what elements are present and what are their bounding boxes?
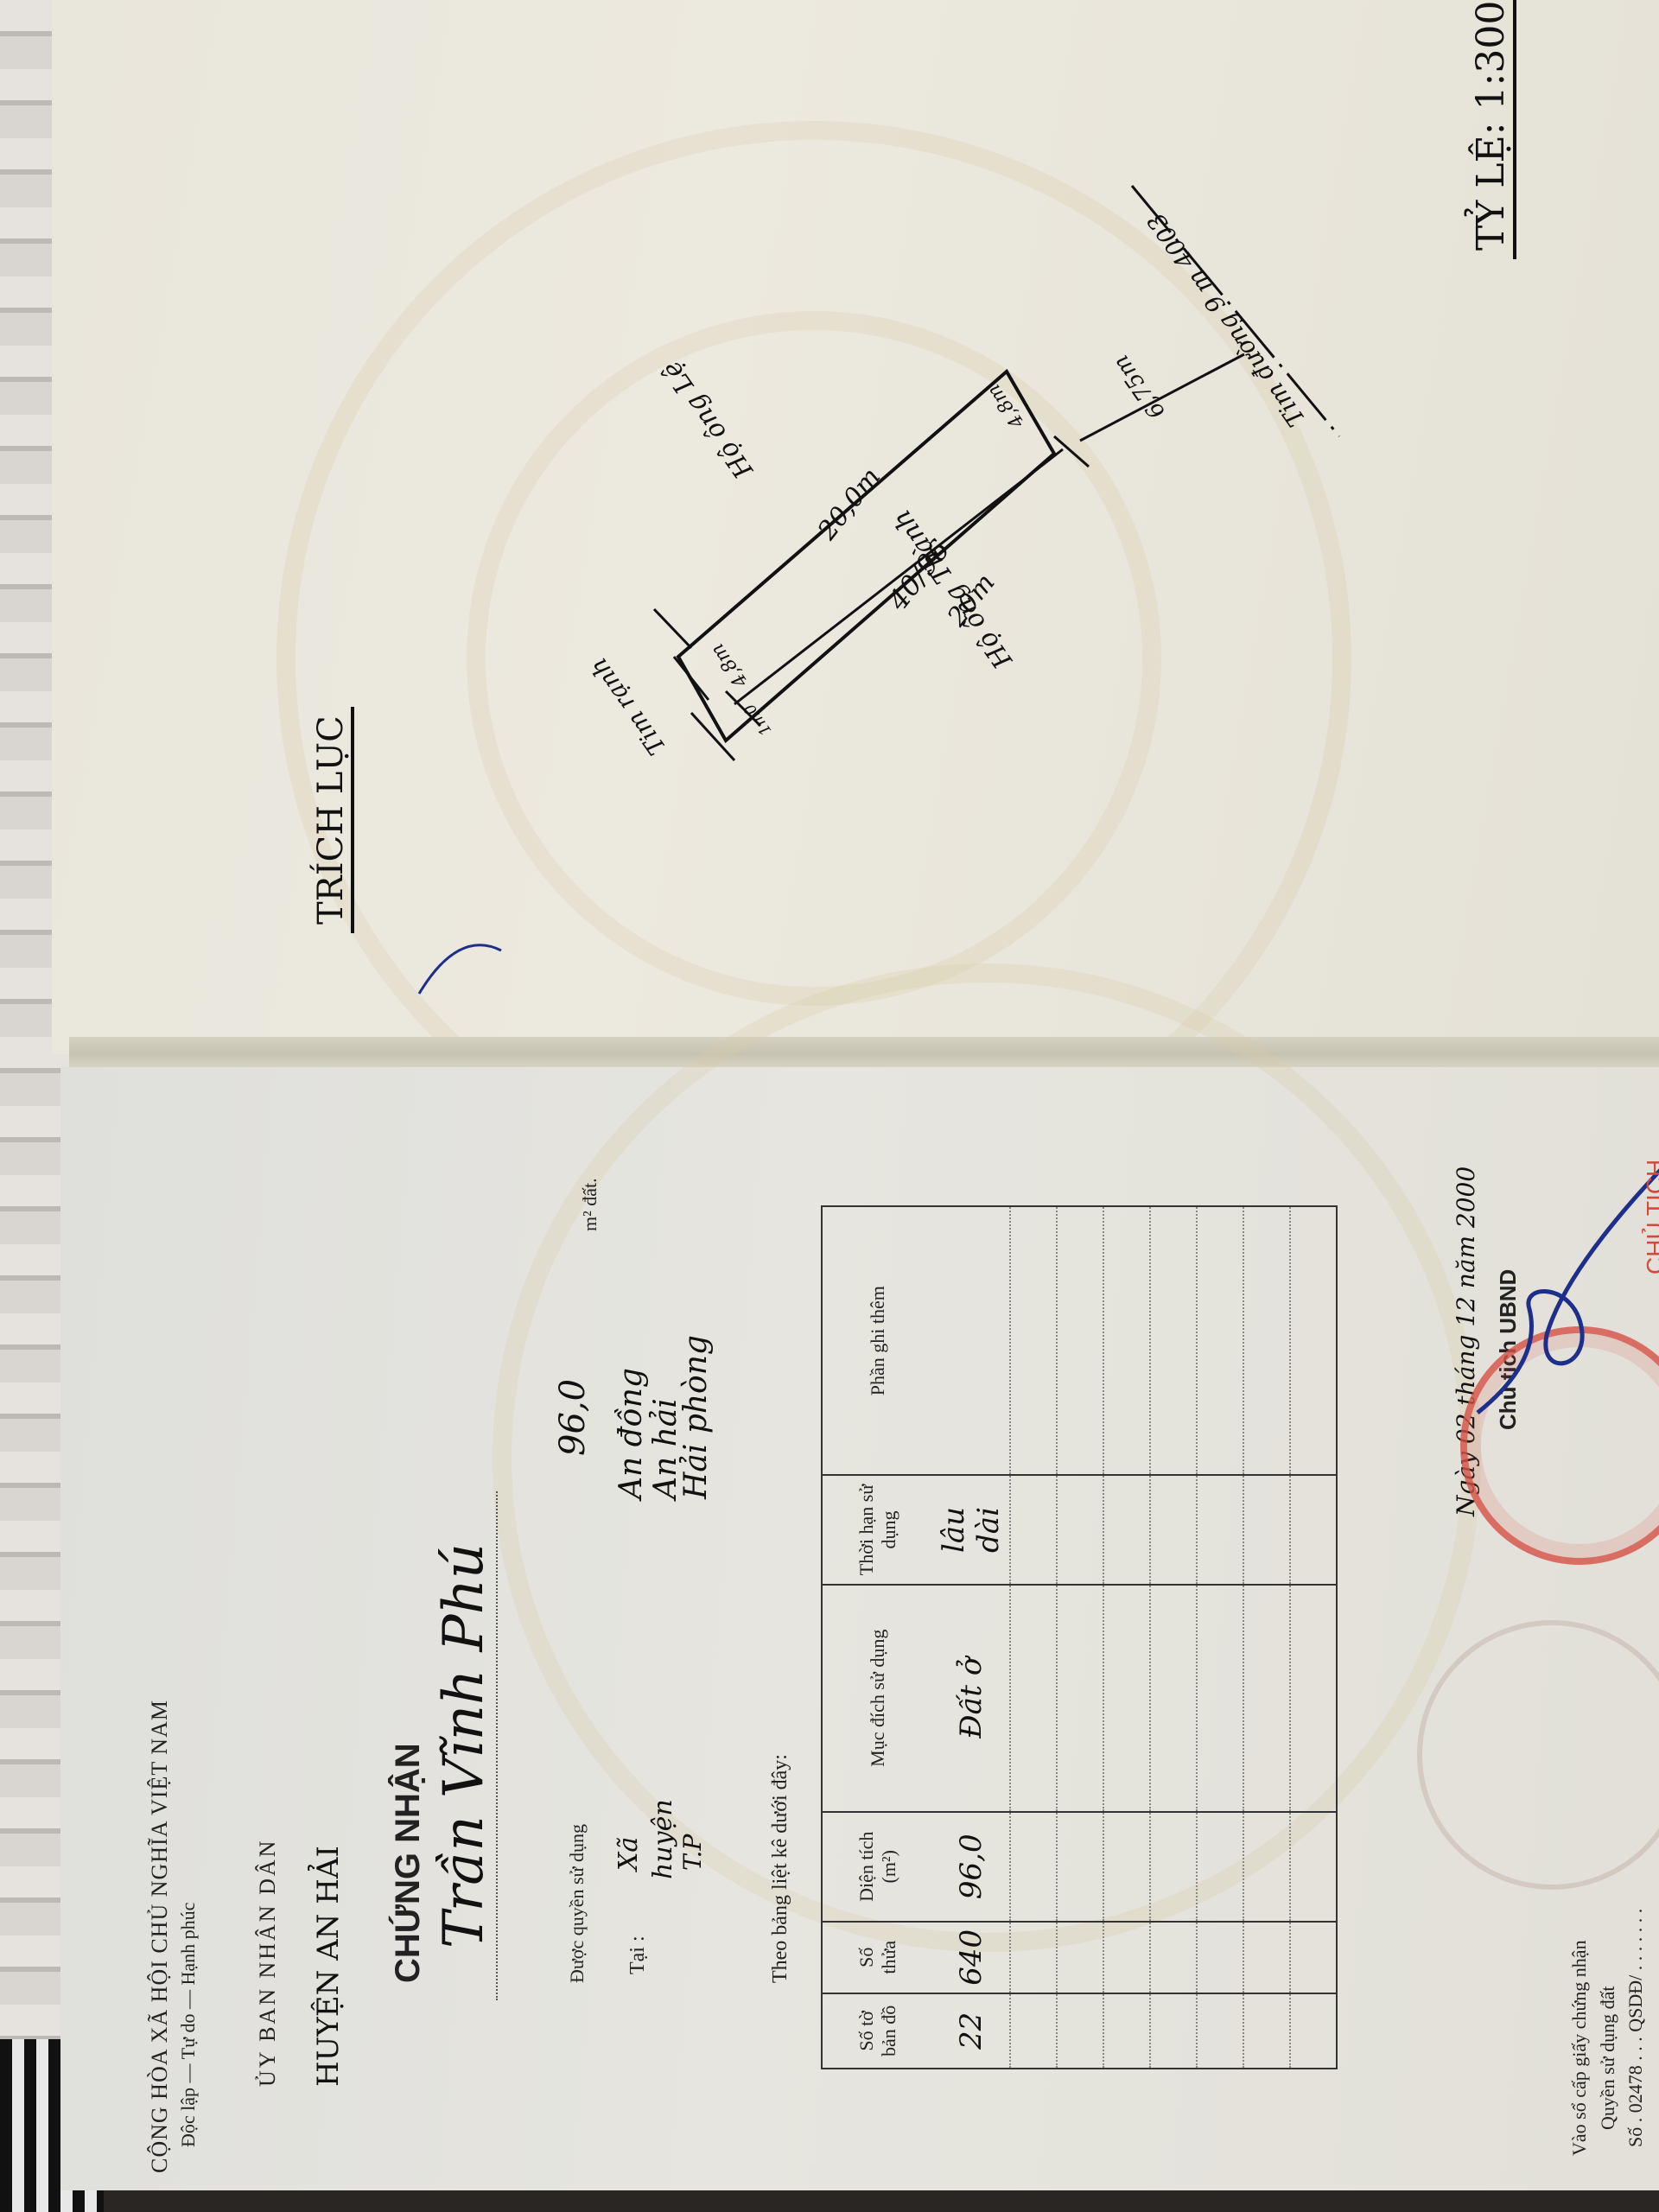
cell-parcel-no: 640 [933, 1922, 1010, 1993]
holder-name: Trần Vĩnh Phú [432, 1491, 498, 2000]
issuer-name: HUYỆN AN HẢI [311, 1846, 346, 2087]
area-unit: m² đất. [579, 1178, 601, 1231]
certificate-page: CỘNG HÒA XÃ HỘI CHỦ NGHĨA VIỆT NAM Độc l… [60, 1067, 1659, 2190]
list-intro: Theo bảng liệt kê dưới đây: [769, 1754, 792, 1983]
location-city: Hải phòng [678, 1335, 714, 1499]
table-row [1057, 1206, 1103, 2069]
cell-term: lâu dài [933, 1475, 1010, 1584]
table-row [1010, 1206, 1057, 2069]
table-row [1243, 1206, 1290, 2069]
cell-area: 96,0 [933, 1812, 1010, 1922]
right-label: Được quyền sử dụng [566, 1824, 588, 1983]
area-value: 96,0 [553, 1379, 593, 1456]
embossed-seal [1417, 1620, 1659, 1890]
col-map-sheet: Số tờ bản đồ [822, 1993, 933, 2069]
location-label: Tại : [626, 1935, 650, 1974]
table-row [1290, 1206, 1337, 2069]
register-line-1: Vào sổ cấp giấy chứng nhận [1568, 1940, 1591, 2156]
register-line-2: Quyền sử dụng đất [1597, 1986, 1619, 2130]
col-purpose: Mục đích sử dụng [822, 1585, 933, 1812]
header-nation: CỘNG HÒA XÃ HỘI CHỦ NGHĨA VIỆT NAM [147, 1700, 173, 2173]
col-parcel-no: Số thửa [822, 1922, 933, 1993]
location-district-prefix: huyện [648, 1799, 678, 1879]
issuer-label: ỦY BAN NHÂN DÂN [255, 1839, 281, 2087]
table-header-row: Số tờ bản đồ Số thửa Diện tích (m²) Mục … [822, 1206, 933, 2069]
location-commune: An đồng [613, 1368, 649, 1499]
cell-notes [933, 1206, 1010, 1475]
table-row: 22 640 96,0 Đất ở lâu dài [933, 1206, 1010, 2069]
cell-map-sheet: 22 [933, 1993, 1010, 2069]
location-city-prefix: T.P [678, 1834, 707, 1871]
signature [1443, 1119, 1659, 1482]
header-motto: Độc lập — Tự do — Hạnh phúc [177, 1903, 200, 2147]
certificate-title: CHỨNG NHẬN [389, 1743, 428, 1983]
register-number: Số . 02478 . . . QSDĐ/ . . . . . . . [1624, 1909, 1647, 2147]
location-commune-prefix: Xã [613, 1837, 644, 1871]
parcel-table: Số tờ bản đồ Số thửa Diện tích (m²) Mục … [821, 1205, 1338, 2069]
col-term: Thời hạn sử dụng [822, 1475, 933, 1584]
table-row [1197, 1206, 1243, 2069]
cell-purpose: Đất ở [933, 1585, 1010, 1812]
stamp-title: CHỦ TỊCH [1642, 1160, 1659, 1274]
col-area: Diện tích (m²) [822, 1812, 933, 1922]
table-row [1150, 1206, 1197, 2069]
table-row [1103, 1206, 1150, 2069]
map-sheet-page: TRÍCH LỤC TỶ LỆ: 1:300 40/96 20,0m 20m 4… [52, 0, 1659, 1054]
col-notes: Phần ghi thêm [822, 1206, 933, 1475]
